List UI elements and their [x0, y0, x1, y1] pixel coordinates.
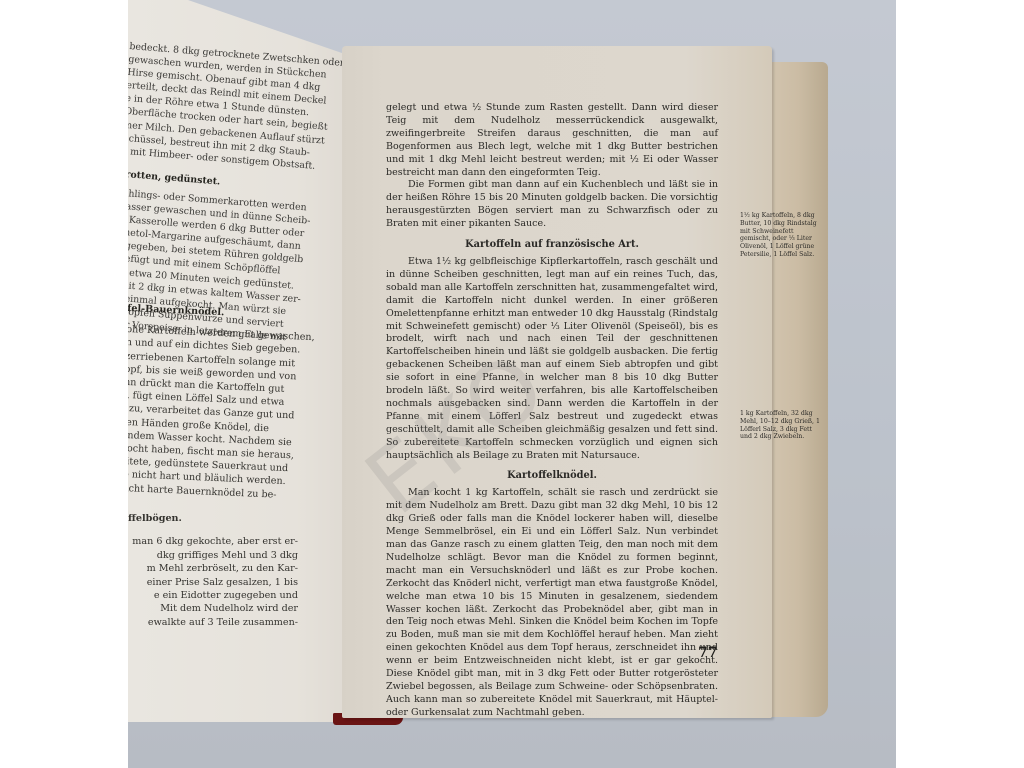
book-photo: bedeckt. 8 dkg getrocknete Zwetschken od… [128, 0, 896, 768]
paragraph: Man kocht 1 kg Kartoffeln, schält sie ra… [386, 487, 718, 719]
left-page-middle-text: fel-Bauernknödel. ohe Kartoffeln werden … [128, 292, 352, 504]
page-number: 77 [698, 645, 717, 661]
text-line: einer Prise Salz gesalzen, 1 bis [128, 576, 298, 589]
ingredients-note-1: 1½ kg Kartoffeln, 8 dkg Butter, 10 dkg R… [740, 212, 820, 259]
text-line: e ein Eidotter zugegeben und [128, 589, 298, 602]
right-page: gelegt und etwa ½ Stunde zum Rasten gest… [342, 46, 772, 718]
left-page-bottom-text: ffelbögen. man 6 dkg gekochte, aber erst… [128, 512, 298, 629]
text-line: ewalkte auf 3 Teile zusammen- [128, 616, 298, 629]
text-line: dkg griffiges Mehl und 3 dkg [128, 549, 298, 562]
text-line: man 6 dkg gekochte, aber erst er- [128, 535, 298, 548]
recipe-heading: Kartoffeln auf französische Art. [386, 239, 718, 252]
left-page: bedeckt. 8 dkg getrocknete Zwetschken od… [128, 0, 368, 722]
paragraph: Die Formen gibt man dann auf ein Kuchenb… [386, 179, 718, 231]
text-line: Mit dem Nudelholz wird der [128, 602, 298, 615]
text-line: m Mehl zerbröselt, zu den Kar- [128, 562, 298, 575]
paragraph: gelegt und etwa ½ Stunde zum Rasten gest… [386, 102, 718, 179]
ingredients-note-2: 1 kg Kartoffeln, 32 dkg Mehl, 10–12 dkg … [740, 410, 820, 441]
recipe-heading: fel-Bauernknödel. [128, 302, 351, 325]
recipe-heading: ffelbögen. [128, 512, 298, 525]
